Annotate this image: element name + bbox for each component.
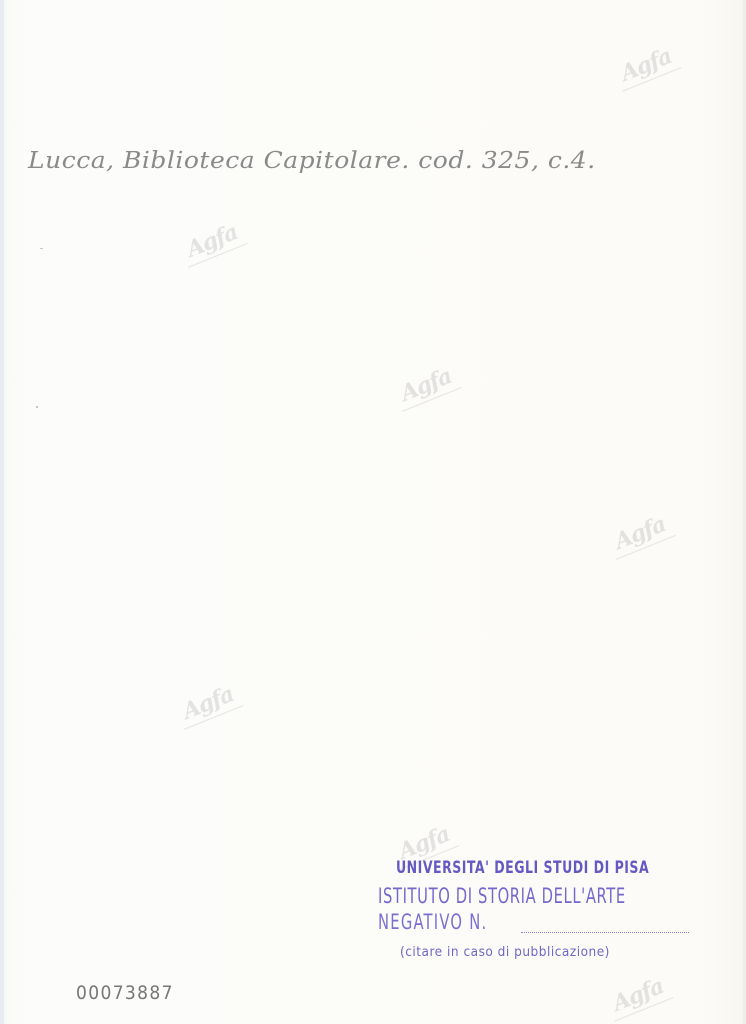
agfa-watermark: Agfa [397,363,455,407]
paper-speck [36,406,38,408]
photo-verso-page: Agfa Agfa Agfa Agfa Agfa Agfa Agfa Lucca… [0,0,746,1024]
stamp-citation-note: (citare in caso di pubblicazione) [400,944,610,960]
agfa-watermark: Agfa [617,43,675,87]
paper-speck [40,248,43,249]
stamp-institute-line: ISTITUTO DI STORIA DELL'ARTE [378,884,626,908]
agfa-watermark: Agfa [179,681,237,725]
stamp-negative-number-blank [521,932,689,933]
stamp-university-line: UNIVERSITA' DEGLI STUDI DI PISA [396,858,649,878]
agfa-watermark: Agfa [611,511,669,555]
handwritten-caption: Lucca, Biblioteca Capitolare. cod. 325, … [28,146,596,174]
agfa-watermark: Agfa [183,219,241,263]
archive-inventory-number: 00073887 [76,982,174,1004]
stamp-negative-label: NEGATIVO N. [378,910,487,934]
agfa-watermark: Agfa [609,973,667,1017]
paper-left-edge [0,0,4,1024]
